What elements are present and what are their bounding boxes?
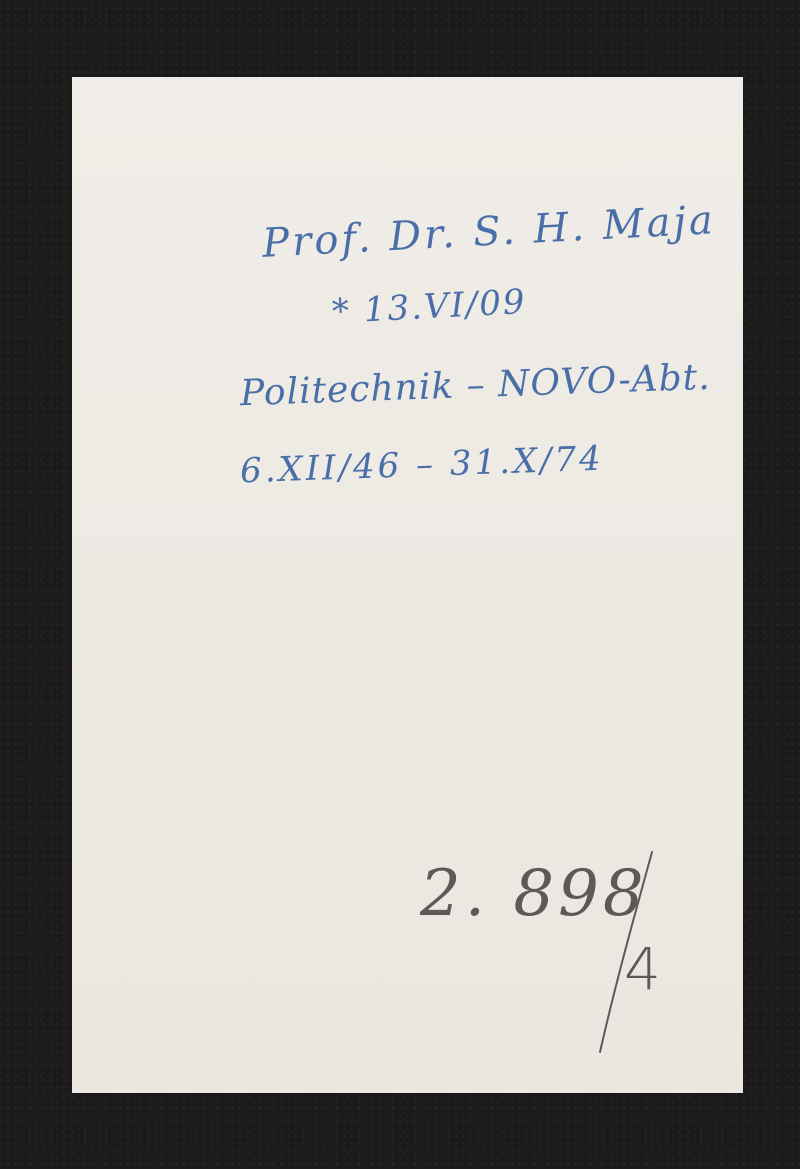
handwritten-name: Prof. Dr. S. H. Maja bbox=[261, 197, 717, 267]
handwritten-institution: Politechnik – NOVO-Abt. bbox=[239, 357, 711, 414]
handwritten-date-range: 6.XII/46 – 31.X/74 bbox=[239, 439, 604, 492]
archival-card: Prof. Dr. S. H. Maja * 13.VI/09 Politech… bbox=[72, 77, 743, 1093]
catalog-number-suffix: 4 bbox=[624, 935, 661, 1003]
handwritten-birth-date: * 13.VI/09 bbox=[331, 282, 527, 332]
